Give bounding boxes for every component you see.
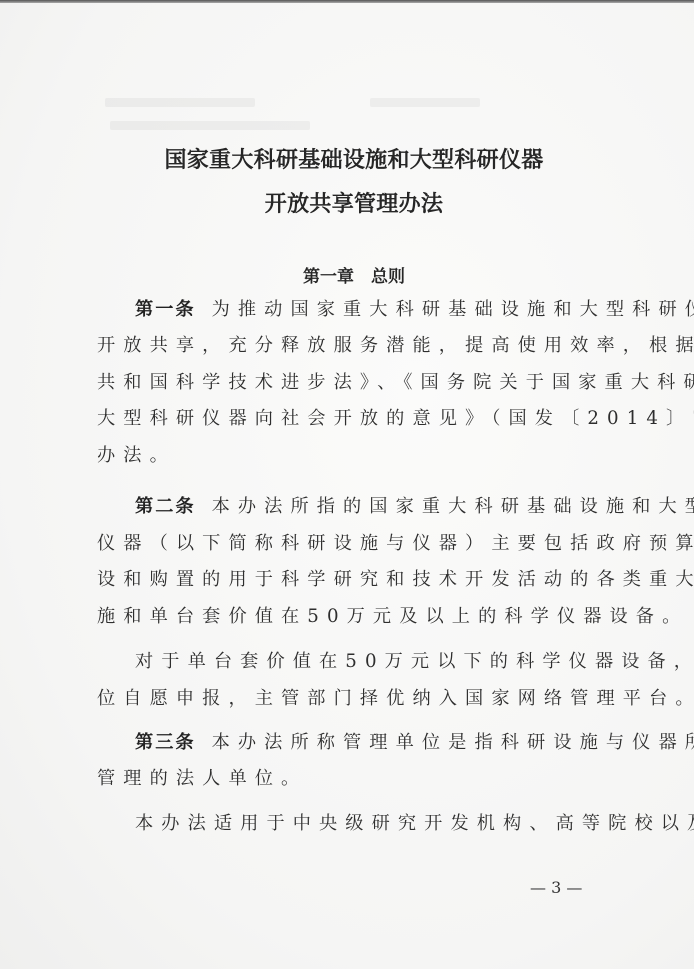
article-3-para-2: 本办法适用于中央级研究开发机构、高等院校以及其他机构。 bbox=[135, 812, 655, 836]
article-2-line-2: 仪器（以下简称科研设施与仪器）主要包括政府预算资金投入建 bbox=[97, 532, 617, 556]
article-2-para-2-line-1: 对于单台套价值在50万元以下的科学仪器设备，由管理单 bbox=[135, 650, 655, 674]
article-3-text: 本办法所称管理单位是指科研设施与仪器所依托 bbox=[212, 732, 694, 753]
bleed-through-mark bbox=[105, 98, 255, 107]
document-title-line-2: 开放共享管理办法 bbox=[0, 187, 694, 218]
page-number: — 3 — bbox=[530, 878, 582, 897]
article-1-line-3: 共和国科学技术进步法》、《国务院关于国家重大科研基础设施和 bbox=[97, 371, 617, 395]
bleed-through-mark bbox=[370, 98, 480, 107]
article-1-line-2: 开放共享，充分释放服务潜能，提高使用效率，根据《中华人民 bbox=[97, 334, 617, 358]
article-3-line-1: 第三条本办法所称管理单位是指科研设施与仪器所依托 bbox=[135, 731, 655, 755]
article-3-label: 第三条 bbox=[135, 732, 196, 753]
article-1-label: 第一条 bbox=[135, 299, 196, 320]
article-2-line-4: 施和单台套价值在50万元及以上的科学仪器设备。 bbox=[97, 605, 617, 629]
article-2-label: 第二条 bbox=[135, 496, 196, 517]
article-2-para-2-line-2: 位自愿申报，主管部门择优纳入国家网络管理平台。 bbox=[97, 687, 617, 711]
document-title-line-1: 国家重大科研基础设施和大型科研仪器 bbox=[0, 143, 694, 174]
article-2-line-1: 第二条本办法所指的国家重大科研基础设施和大型科研 bbox=[135, 495, 655, 519]
bleed-through-mark bbox=[110, 121, 310, 130]
article-3-line-2: 管理的法人单位。 bbox=[97, 767, 617, 791]
article-2-line-3: 设和购置的用于科学研究和技术开发活动的各类重大科研基础设 bbox=[97, 568, 617, 592]
article-1-line-1: 第一条为推动国家重大科研基础设施和大型科研仪器的 bbox=[135, 298, 655, 322]
article-1-line-4: 大型科研仪器向社会开放的意见》（国发〔2014〕70号），制定本 bbox=[97, 407, 617, 431]
chapter-heading: 第一章 总则 bbox=[0, 262, 694, 287]
article-1-text: 为推动国家重大科研基础设施和大型科研仪器的 bbox=[212, 299, 694, 320]
article-2-text: 本办法所指的国家重大科研基础设施和大型科研 bbox=[212, 496, 694, 517]
article-1-line-5: 办法。 bbox=[97, 444, 617, 468]
